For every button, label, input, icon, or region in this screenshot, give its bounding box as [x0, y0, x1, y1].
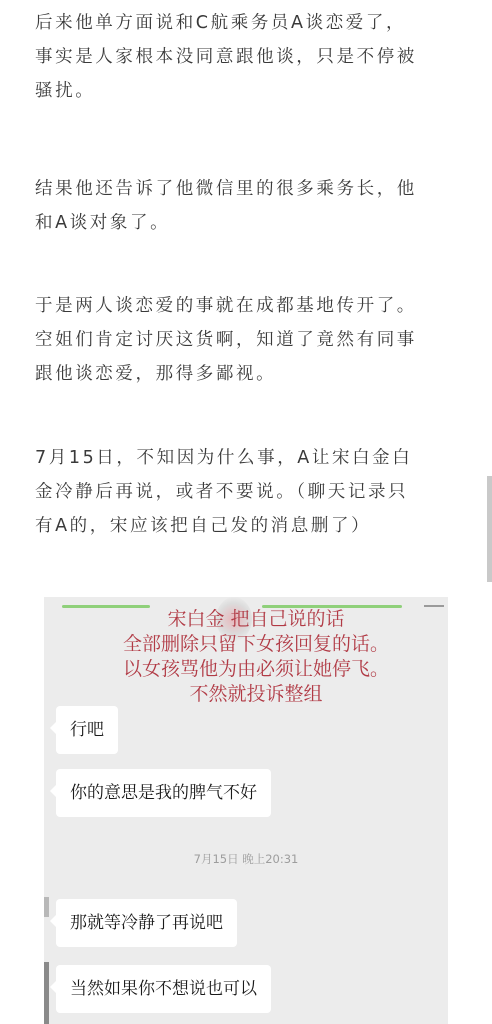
annotation-overlay: 宋白金 把自己说的话 全部删除只留下女孩回复的话。 以女孩骂他为由必须让她停飞。…	[44, 607, 448, 707]
paragraph-line: 有A的，宋应该把自己发的消息删了）	[35, 509, 460, 543]
paragraph-line: 金冷静后再说，或者不要说。（聊天记录只	[35, 475, 460, 509]
paragraph-line: 跟他谈恋爱，那得多鄙视。	[35, 357, 460, 391]
paragraph-1: 后来他单方面说和C航乘务员A谈恋爱了， 事实是人家根本没同意跟他谈，只是不停被 …	[35, 6, 460, 108]
chat-screenshot-image: 宋白金 把自己说的话 全部删除只留下女孩回复的话。 以女孩骂他为由必须让她停飞。…	[44, 597, 448, 1024]
annotation-line: 宋白金 把自己说的话	[64, 607, 448, 632]
chat-message-text: 行吧	[70, 720, 104, 740]
paragraph-line: 于是两人谈恋爱的事就在成都基地传开了。	[35, 289, 460, 323]
annotation-line: 以女孩骂他为由必须让她停飞。	[64, 657, 448, 682]
chat-timestamp: 7月15日 晚上20:31	[44, 851, 448, 867]
paragraph-line: 结果他还告诉了他微信里的很多乘务长，他	[35, 172, 460, 206]
paragraph-2: 结果他还告诉了他微信里的很多乘务长，他 和A谈对象了。	[35, 172, 460, 240]
paragraph-line: 空姐们肯定讨厌这货啊，知道了竟然有同事	[35, 323, 460, 357]
chat-bubble: 行吧	[56, 706, 118, 754]
chat-message-text: 当然如果你不想说也可以	[70, 979, 257, 999]
paragraph-line: 骚扰。	[35, 74, 460, 108]
chat-bubble: 当然如果你不想说也可以	[56, 965, 271, 1013]
chat-bubble: 你的意思是我的脾气不好	[56, 769, 271, 817]
paragraph-4: 7月15日，不知因为什么事，A让宋白金白 金冷静后再说，或者不要说。（聊天记录只…	[35, 441, 460, 543]
annotation-line: 不然就投诉整组	[64, 682, 448, 707]
annotation-line: 全部删除只留下女孩回复的话。	[64, 632, 448, 657]
paragraph-line: 和A谈对象了。	[35, 206, 460, 240]
chat-message-text: 那就等冷静了再说吧	[70, 913, 223, 933]
paragraph-line: 事实是人家根本没同意跟他谈，只是不停被	[35, 40, 460, 74]
avatar-edge	[44, 962, 49, 1024]
chat-message-text: 你的意思是我的脾气不好	[70, 783, 257, 803]
avatar-edge	[44, 897, 49, 917]
paragraph-3: 于是两人谈恋爱的事就在成都基地传开了。 空姐们肯定讨厌这货啊，知道了竟然有同事 …	[35, 289, 460, 391]
paragraph-line: 后来他单方面说和C航乘务员A谈恋爱了，	[35, 6, 460, 40]
chat-bubble: 那就等冷静了再说吧	[56, 899, 237, 947]
scrollbar-thumb[interactable]	[487, 476, 492, 582]
paragraph-line: 7月15日，不知因为什么事，A让宋白金白	[35, 441, 460, 475]
